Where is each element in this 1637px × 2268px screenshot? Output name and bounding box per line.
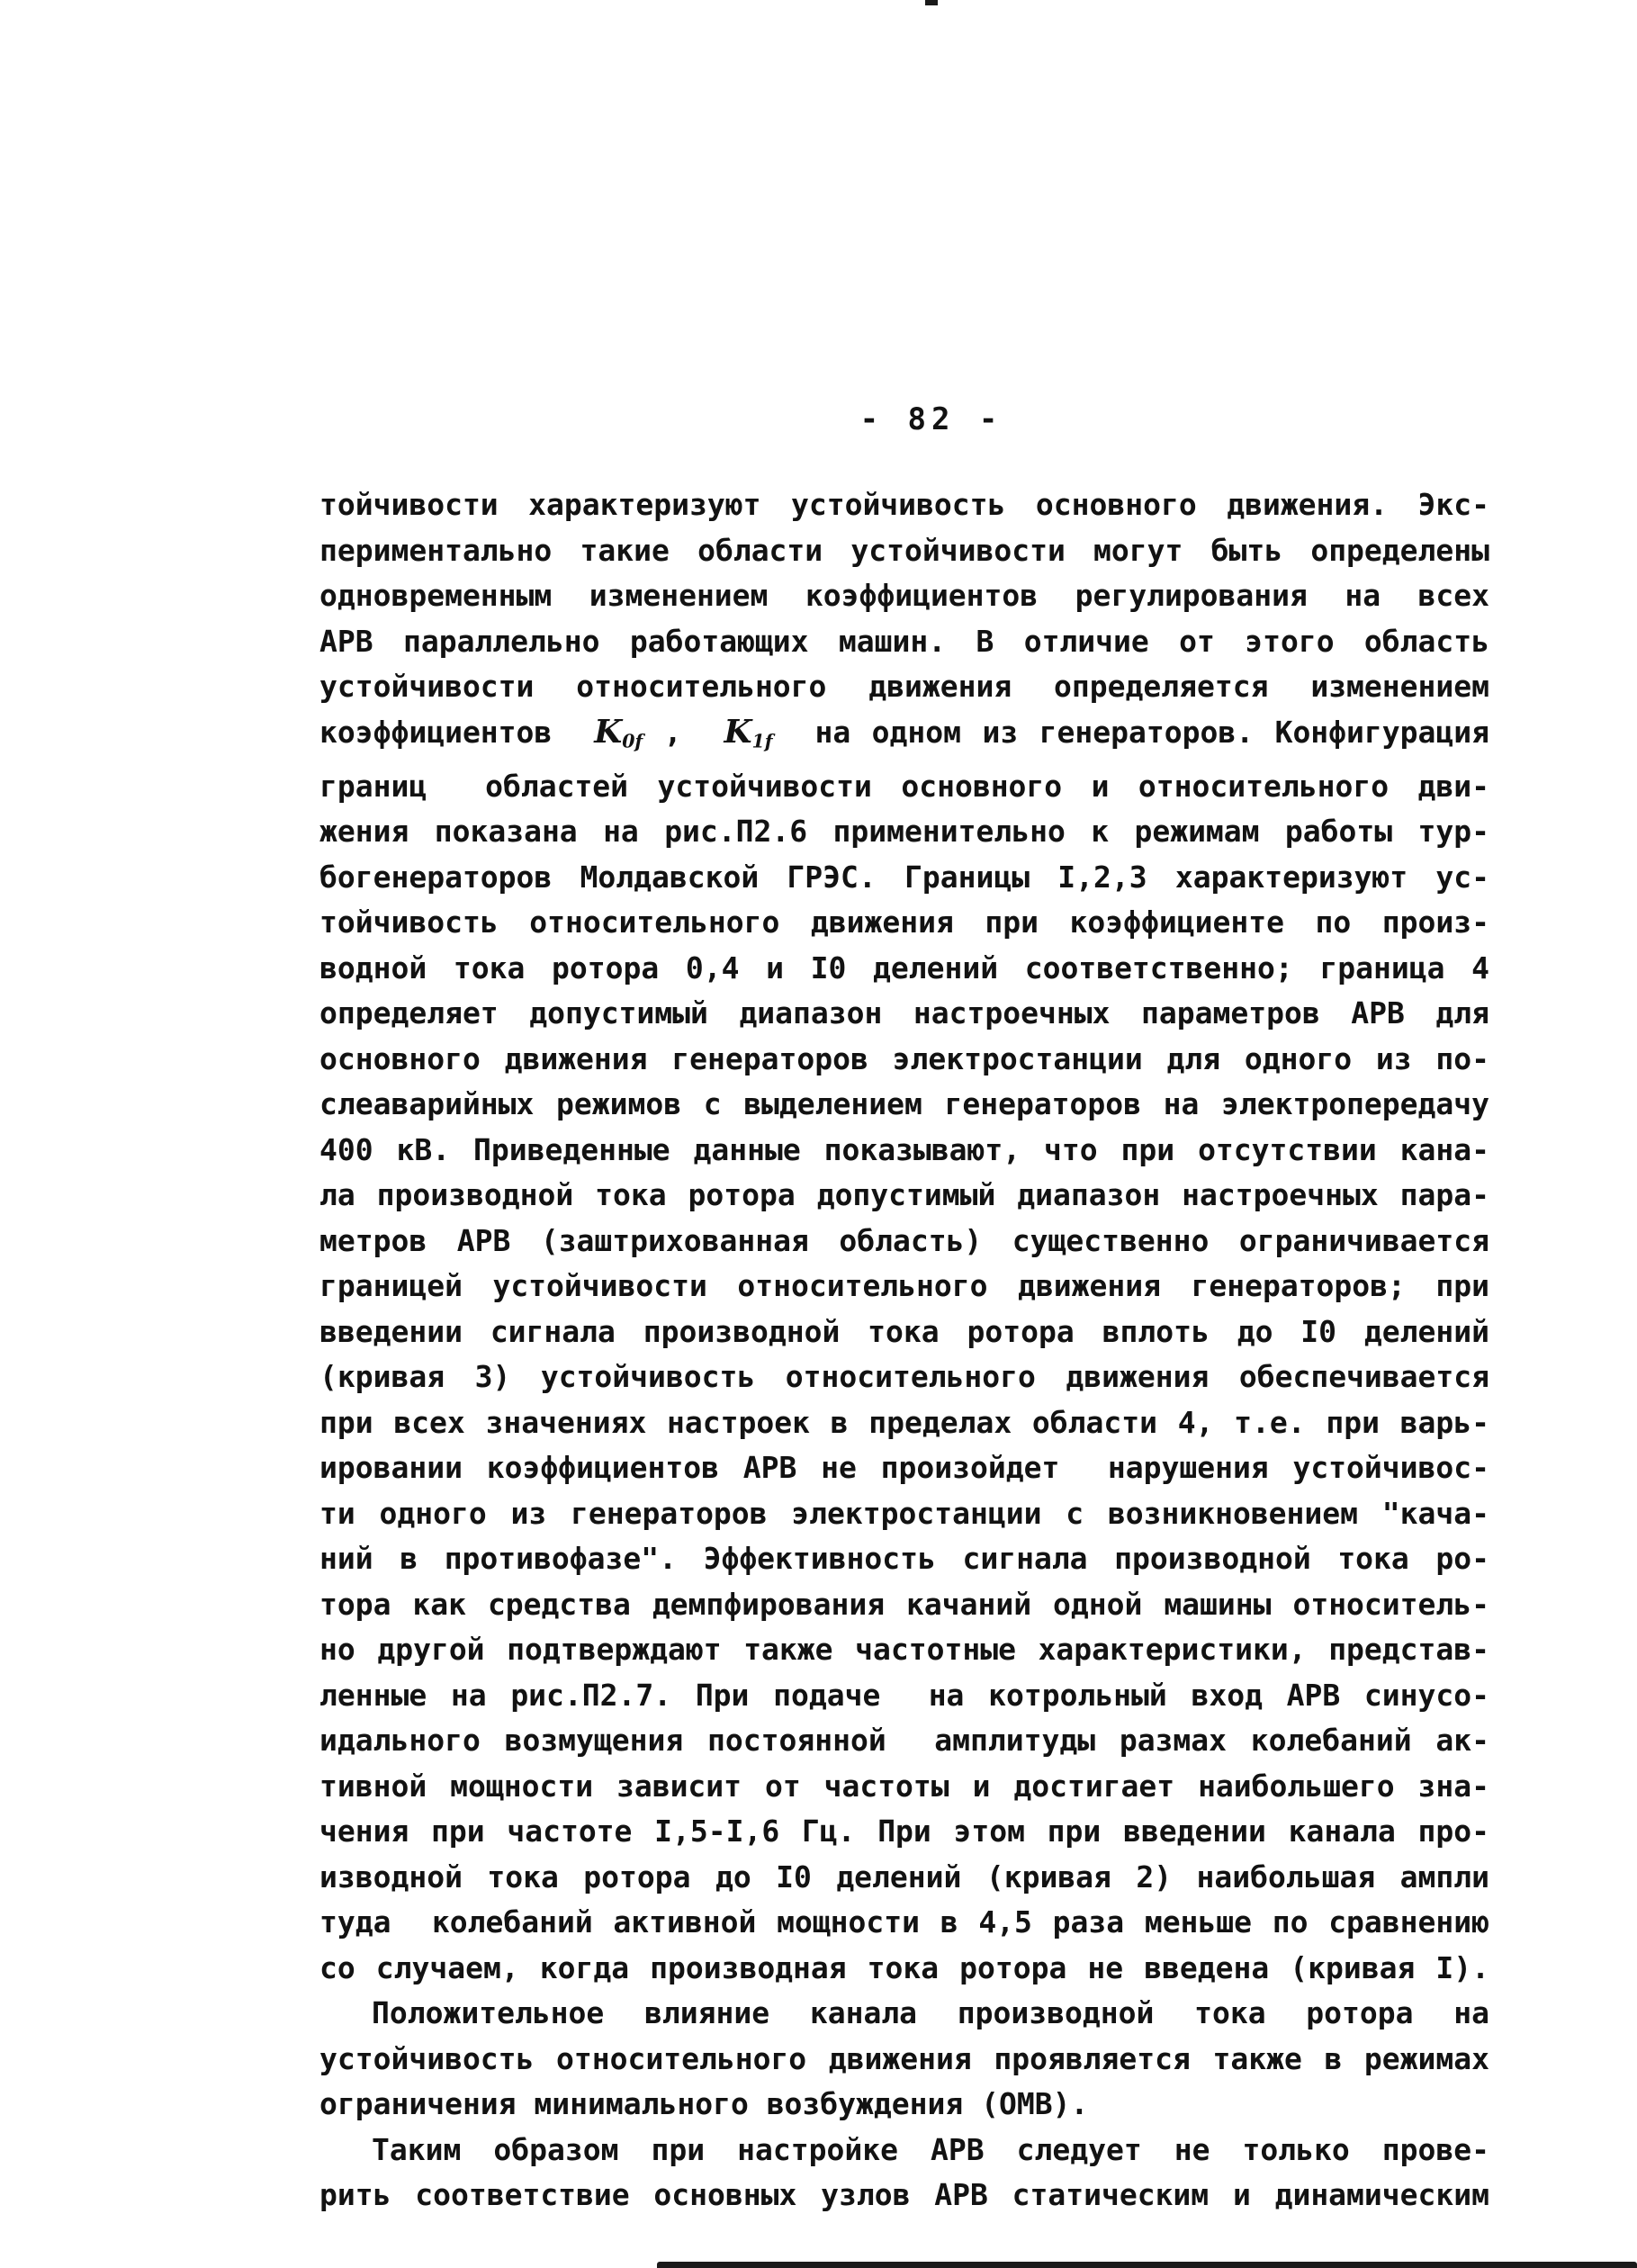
text-line: ограничения минимального возбуждения (ОМ…	[319, 2082, 1489, 2128]
text-line: богенераторов Молдавской ГРЭС. Границы I…	[319, 855, 1489, 901]
text-line: тивной мощности зависит от частоты и дос…	[319, 1764, 1489, 1810]
page-number: - 82 -	[346, 403, 1516, 436]
text-line: ти одного из генераторов электростанции …	[319, 1491, 1489, 1537]
text-line: границ областей устойчивости основного и…	[319, 764, 1489, 810]
text-line: устойчивость относительного движения про…	[319, 2037, 1489, 2083]
coefficient-symbol: K	[594, 714, 622, 751]
text-line: рить соответствие основных узлов АРВ ста…	[319, 2173, 1489, 2218]
text-line: но другой подтверждают также частотные х…	[319, 1627, 1489, 1673]
text-line: ла производной тока ротора допустимый ди…	[319, 1173, 1489, 1219]
text-line: изводной тока ротора до I0 делений (крив…	[319, 1855, 1489, 1901]
text-line: тойчивости характеризуют устойчивость ос…	[319, 482, 1489, 528]
text-segment: ,	[643, 715, 724, 750]
text-line: Таким образом при настройке АРВ следует …	[319, 2128, 1489, 2173]
text-line: туда колебаний активной мощности в 4,5 р…	[319, 1900, 1489, 1946]
text-line: тора как средства демпфирования качаний …	[319, 1582, 1489, 1628]
coefficient-subscript: 0f	[622, 730, 643, 751]
text-line: водной тока ротора 0,4 и I0 делений соот…	[319, 946, 1489, 992]
text-line: идального возмущения постоянной амплитуд…	[319, 1718, 1489, 1764]
text-line: АРВ параллельно работающих машин. В отли…	[319, 619, 1489, 665]
document-page: - 82 - тойчивости характеризуют устойчив…	[0, 0, 1637, 2268]
text-line: одновременным изменением коэффициентов р…	[319, 573, 1489, 619]
text-line: слеаварийных режимов с выделением генера…	[319, 1082, 1489, 1128]
text-line: жения показана на рис.П2.6 применительно…	[319, 809, 1489, 855]
text-line: ленные на рис.П2.7. При подаче на котрол…	[319, 1673, 1489, 1719]
text-segment: коэффициентов	[319, 715, 594, 750]
scan-artifact-top	[925, 0, 938, 5]
text-line: основного движения генераторов электрост…	[319, 1037, 1489, 1083]
text-line: тойчивость относительного движения при к…	[319, 900, 1489, 946]
text-line: ний в противофазе". Эффективность сигнал…	[319, 1536, 1489, 1582]
text-line: чения при частоте I,5-I,6 Гц. При этом п…	[319, 1809, 1489, 1855]
text-block: тойчивости характеризуют устойчивость ос…	[319, 482, 1489, 2218]
scan-artifact-bottom	[657, 2262, 1637, 2268]
text-line: со случаем, когда производная тока ротор…	[319, 1946, 1489, 1992]
text-line: ировании коэффициентов АРВ не произойдет…	[319, 1445, 1489, 1491]
text-line: 400 кВ. Приведенные данные показывают, ч…	[319, 1128, 1489, 1174]
text-line: коэффициентов K0f , K1f на одном из гене…	[319, 710, 1489, 764]
text-line: при всех значениях настроек в пределах о…	[319, 1400, 1489, 1446]
coefficient-symbol: K	[724, 714, 752, 751]
text-line: определяет допустимый диапазон настроечн…	[319, 991, 1489, 1037]
text-line: устойчивости относительного движения опр…	[319, 664, 1489, 710]
coefficient-subscript: 1f	[751, 730, 772, 751]
text-line: введении сигнала производной тока ротора…	[319, 1309, 1489, 1355]
text-segment: на одном из генераторов. Конфигурация	[773, 715, 1490, 750]
text-line: границей устойчивости относительного дви…	[319, 1264, 1489, 1309]
text-line: Положительное влияние канала производной…	[319, 1991, 1489, 2037]
text-line: периментально такие области устойчивости…	[319, 528, 1489, 574]
text-line: (кривая 3) устойчивость относительного д…	[319, 1354, 1489, 1400]
text-line: метров АРВ (заштрихованная область) суще…	[319, 1219, 1489, 1264]
